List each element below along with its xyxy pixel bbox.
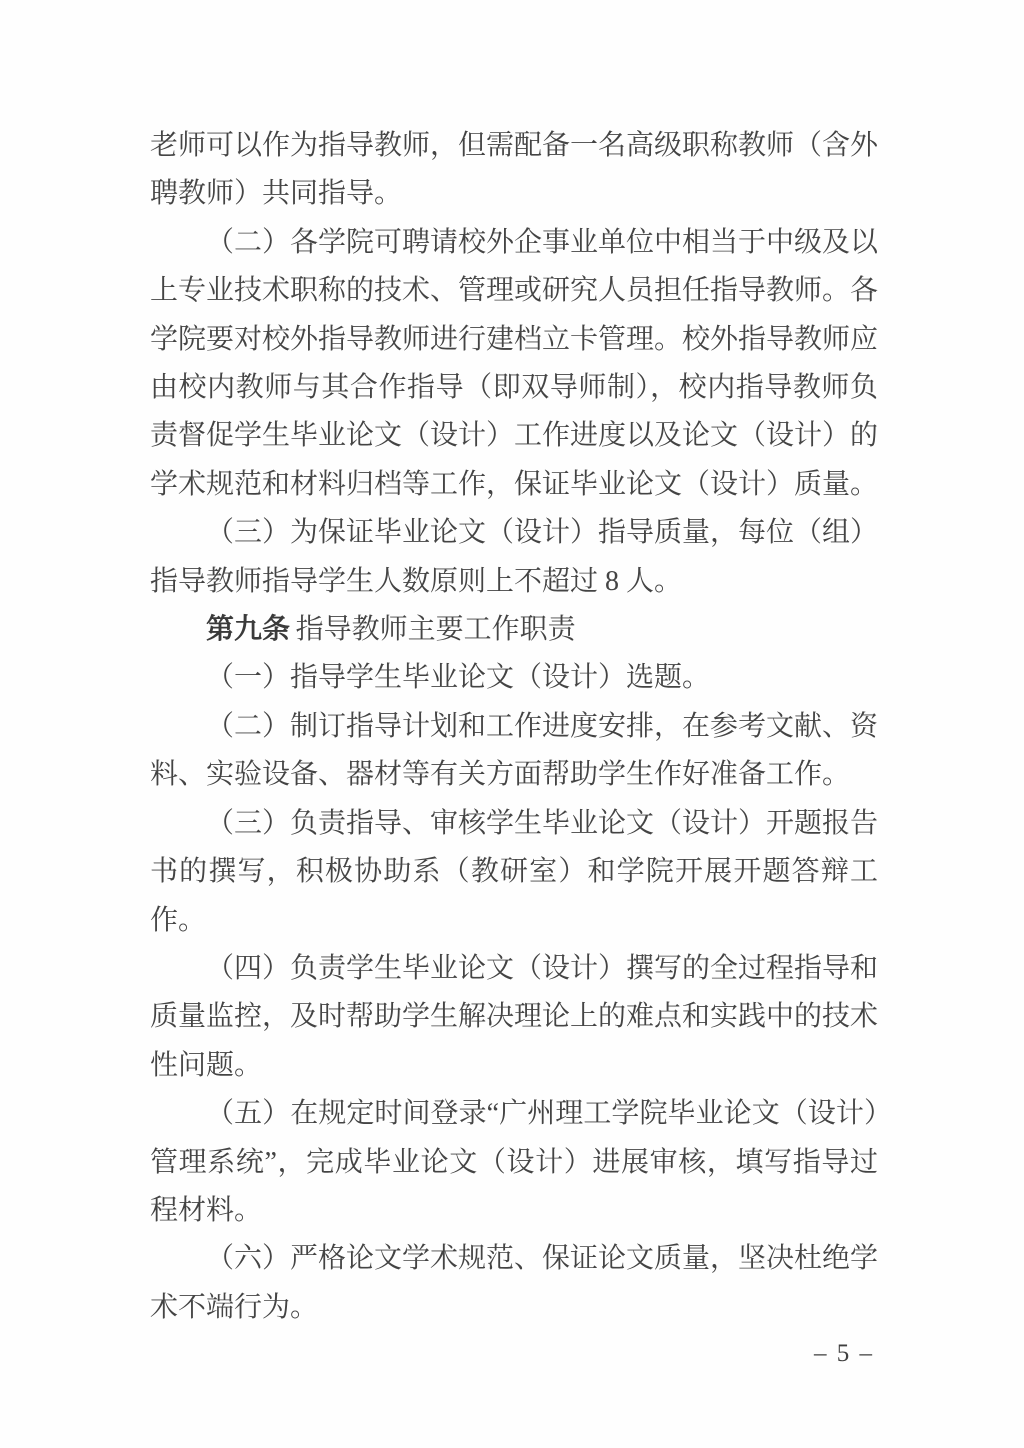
document-page: 老师可以作为指导教师，但需配备一名高级职称教师（含外聘教师）共同指导。 （二）各… — [0, 0, 1024, 1448]
document-body-text: 老师可以作为指导教师，但需配备一名高级职称教师（含外聘教师）共同指导。 （二）各… — [150, 122, 878, 1332]
paragraph-duty-1: （一）指导学生毕业论文（设计）选题。 — [150, 654, 878, 702]
page-number: – 5 – — [0, 1340, 874, 1368]
paragraph-duty-6: （六）严格论文学术规范、保证论文质量，坚决杜绝学术不端行为。 — [150, 1235, 878, 1332]
paragraph-duty-5: （五）在规定时间登录“广州理工学院毕业论文（设计）管理系统”，完成毕业论文（设计… — [150, 1090, 878, 1235]
paragraph-duty-4: （四）负责学生毕业论文（设计）撰写的全过程指导和质量监控，及时帮助学生解决理论上… — [150, 945, 878, 1090]
article-number: 第九条 — [206, 614, 290, 645]
paragraph-continuation: 老师可以作为指导教师，但需配备一名高级职称教师（含外聘教师）共同指导。 — [150, 122, 878, 219]
article-heading: 第九条指导教师主要工作职责 — [150, 606, 878, 654]
paragraph-item-2: （二）各学院可聘请校外企事业单位中相当于中级及以上专业技术职称的技术、管理或研究… — [150, 219, 878, 509]
article-title: 指导教师主要工作职责 — [296, 614, 576, 645]
paragraph-item-3: （三）为保证毕业论文（设计）指导质量，每位（组）指导教师指导学生人数原则上不超过… — [150, 509, 878, 606]
paragraph-duty-3: （三）负责指导、审核学生毕业论文（设计）开题报告书的撰写，积极协助系（教研室）和… — [150, 800, 878, 945]
paragraph-duty-2: （二）制订指导计划和工作进度安排，在参考文献、资料、实验设备、器材等有关方面帮助… — [150, 703, 878, 800]
